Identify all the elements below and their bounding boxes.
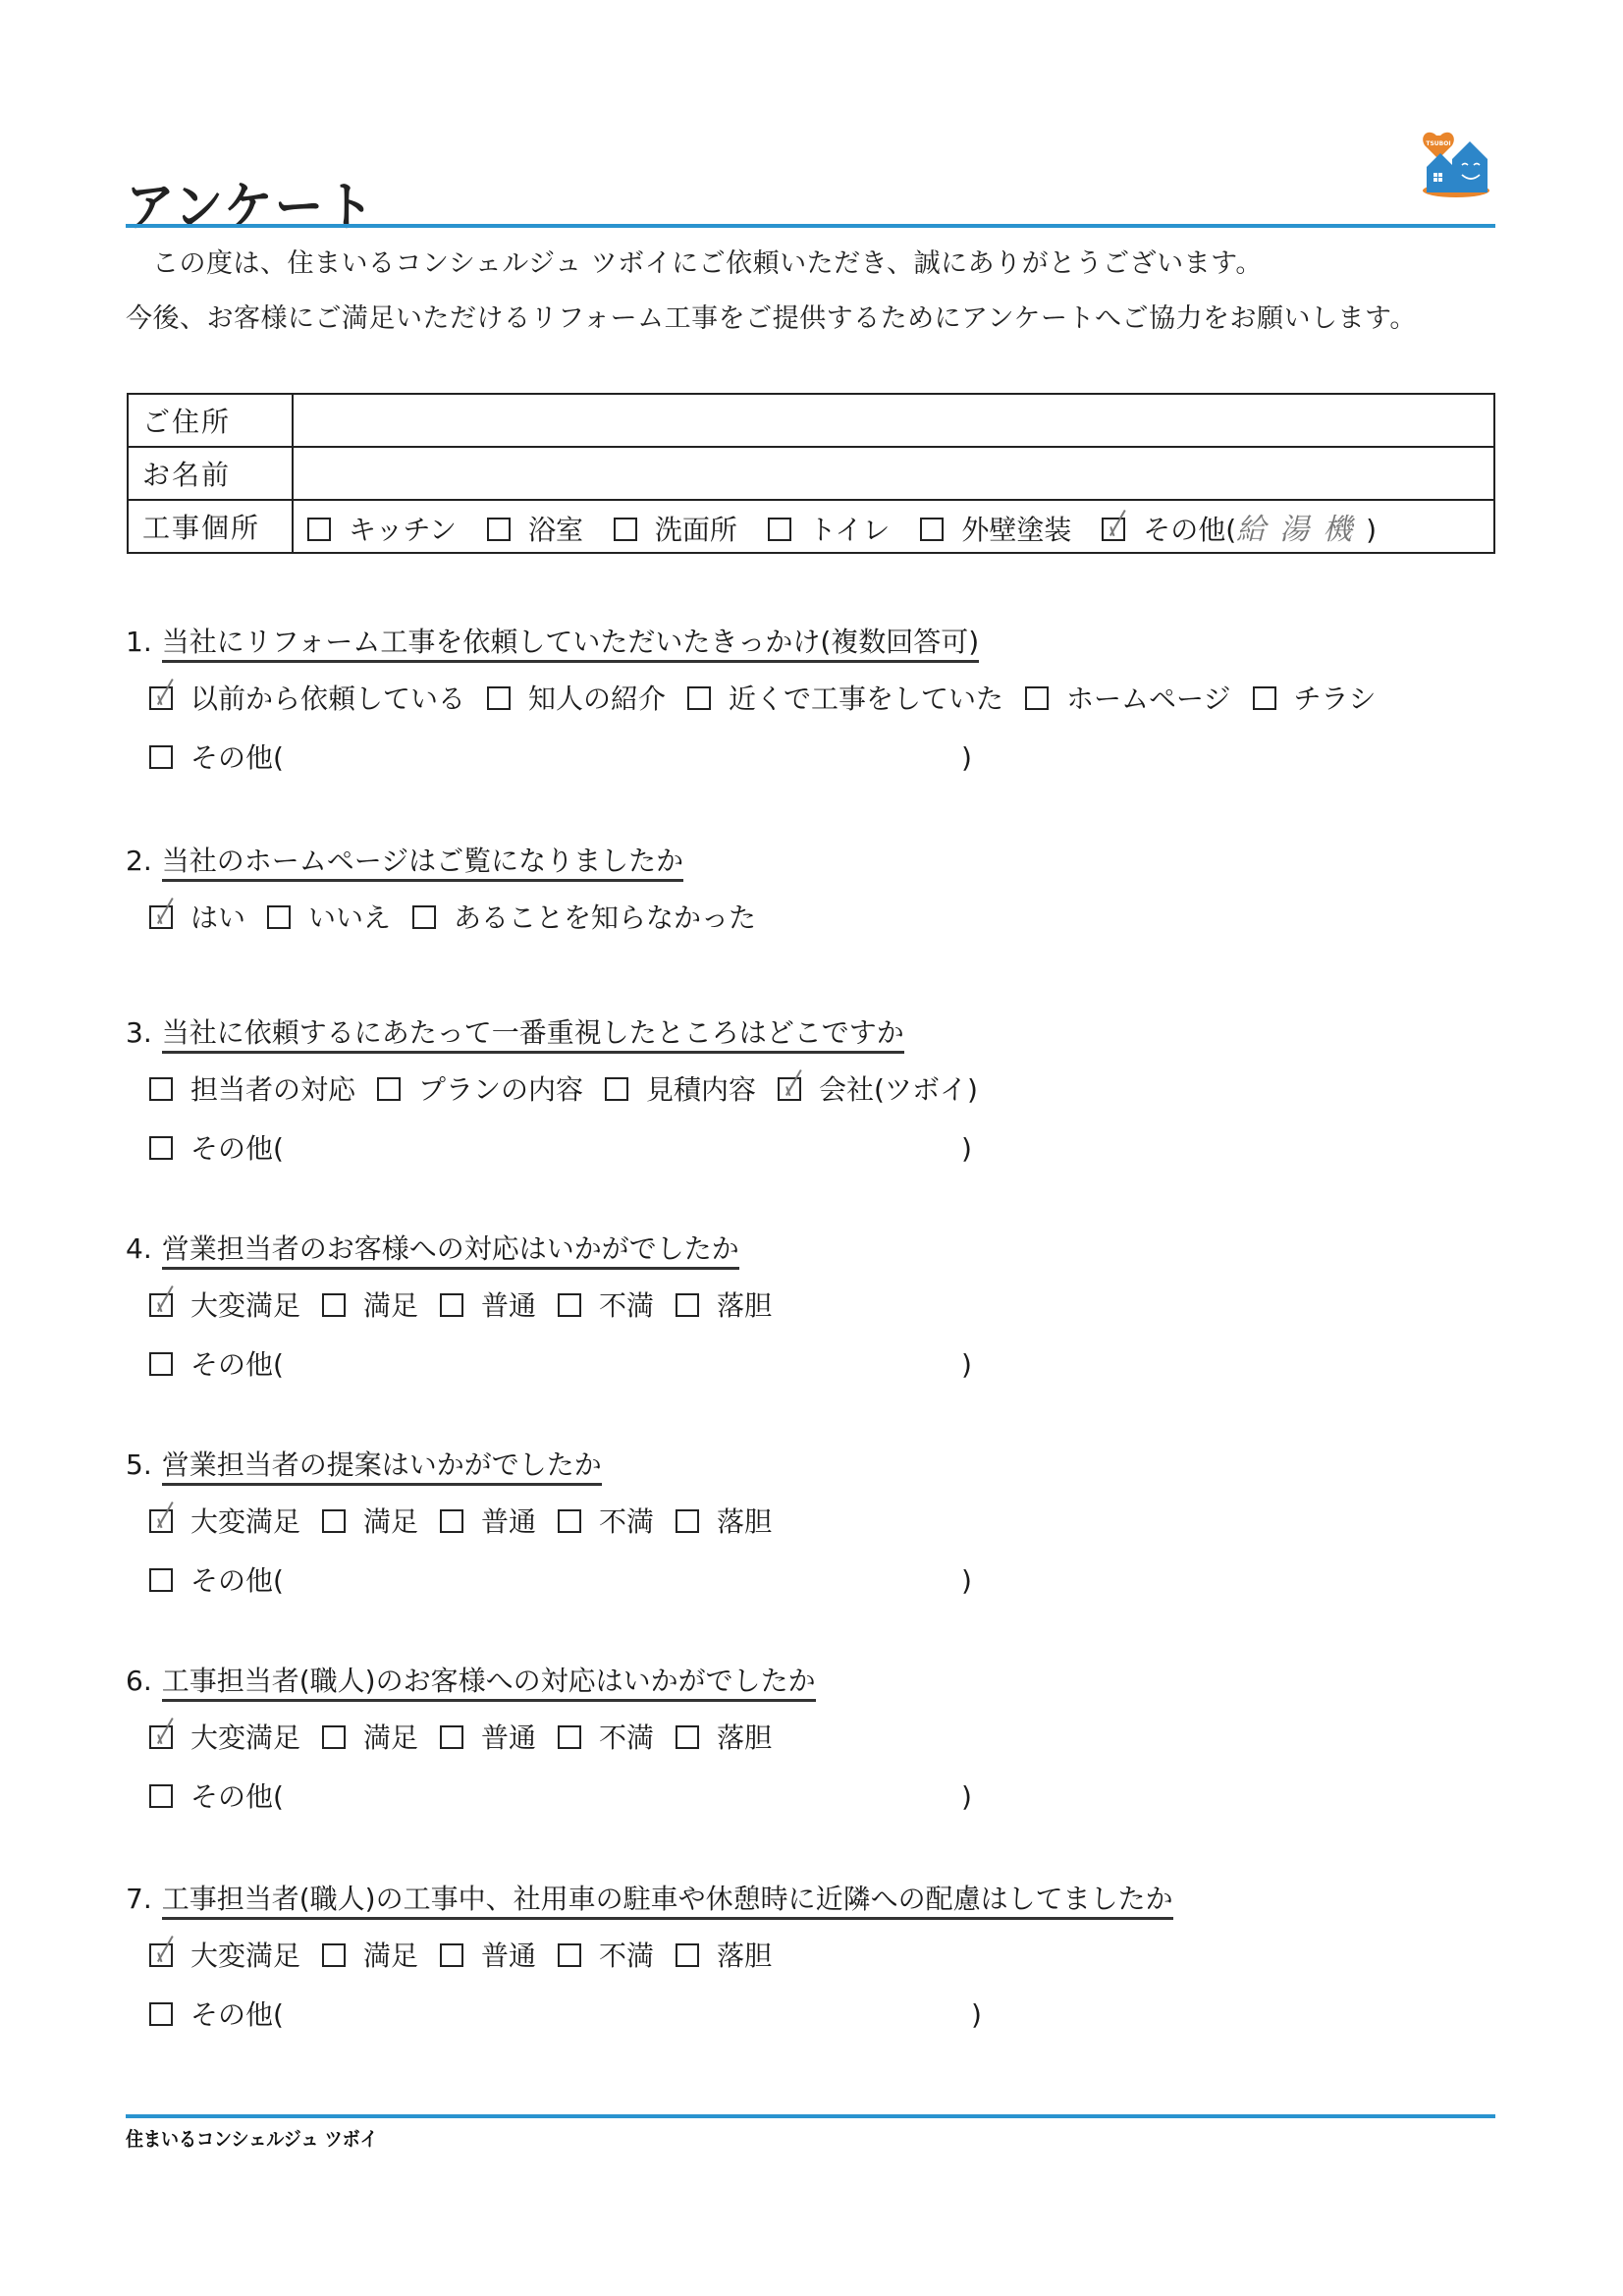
option-label: 不満 [599, 1505, 654, 1538]
checkbox[interactable] [267, 905, 291, 929]
other-option-row: その他() [149, 1994, 1173, 2033]
question-5: 5.営業担当者の提案はいかがでしたか大変満足満足普通不満落胆その他() [126, 1444, 972, 1599]
answer-option[interactable]: 落胆 [676, 1935, 772, 1974]
option-label: 不満 [599, 1940, 654, 1972]
footer-company-name: 住まいるコンシェルジュ ツボイ [126, 2123, 378, 2152]
checkbox[interactable] [687, 686, 711, 710]
other-option-row: その他() [149, 1343, 972, 1383]
answer-option[interactable]: プランの内容 [377, 1068, 583, 1108]
checkbox[interactable] [558, 1509, 581, 1533]
question-text: 工事担当者(職人)のお客様への対応はいかがでしたか [162, 1665, 816, 1702]
option-label: 担当者の対応 [190, 1073, 355, 1106]
other-option-row: その他() [149, 1559, 972, 1599]
answer-option[interactable]: 落胆 [676, 1717, 772, 1756]
option-label: 落胆 [717, 1505, 772, 1538]
logo-house-icon: TSUBOI [1419, 130, 1493, 200]
answer-options: 大変満足満足普通不満落胆 [149, 1935, 1173, 1974]
checkbox[interactable] [676, 1943, 699, 1967]
checkbox[interactable] [307, 518, 331, 541]
intro-line-1: この度は、住まいるコンシェルジュ ツボイにご依頼いただき、誠にありがとうございま… [152, 242, 1263, 280]
address-row: ご住所 [128, 394, 1494, 447]
other-handwritten-value[interactable]: 給湯機 [1236, 513, 1366, 547]
checkbox[interactable] [676, 1725, 699, 1749]
other-option-row: その他() [149, 737, 1398, 776]
other-label: その他( [190, 1780, 284, 1813]
location-option[interactable]: 洗面所 [614, 509, 737, 548]
question-text: 営業担当者のお客様への対応はいかがでしたか [162, 1232, 739, 1270]
answer-options: 大変満足満足普通不満落胆 [149, 1285, 972, 1324]
answer-option[interactable]: 大変満足 [149, 1501, 300, 1540]
answer-option[interactable]: チラシ [1253, 678, 1377, 717]
location-row: 工事個所 キッチン 浴室 洗面所 トイレ 外壁塗装 その他(給湯機) [128, 500, 1494, 553]
option-label: 落胆 [717, 1722, 772, 1754]
option-label: 大変満足 [190, 1940, 300, 1972]
other-close-paren: ) [961, 1564, 972, 1597]
location-label: 工事個所 [128, 500, 293, 553]
question-text: 当社にリフォーム工事を依頼していただいたきっかけ(複数回答可) [162, 626, 979, 663]
checkbox[interactable] [440, 1509, 463, 1533]
location-option-other[interactable]: その他(給湯機) [1102, 505, 1377, 548]
question-text: 工事担当者(職人)の工事中、社用車の駐車や休憩時に近隣への配慮はしてましたか [162, 1883, 1173, 1920]
option-label: 普通 [481, 1289, 536, 1322]
question-4: 4.営業担当者のお客様への対応はいかがでしたか大変満足満足普通不満落胆その他() [126, 1228, 972, 1383]
answer-option[interactable]: 普通 [440, 1285, 536, 1324]
other-label: その他( [190, 1132, 284, 1165]
answer-option[interactable]: 満足 [322, 1717, 418, 1756]
checkbox[interactable] [322, 1293, 346, 1317]
checkbox-checked[interactable] [149, 1293, 173, 1317]
option-label: 普通 [481, 1722, 536, 1754]
option-label: 満足 [363, 1722, 418, 1754]
address-label: ご住所 [128, 394, 293, 447]
other-label: その他( [190, 1348, 284, 1381]
other-close-paren: ) [971, 1998, 982, 2031]
location-options: キッチン 浴室 洗面所 トイレ 外壁塗装 その他(給湯機) [293, 500, 1494, 553]
svg-text:TSUBOI: TSUBOI [1426, 140, 1450, 147]
other-option-row: その他() [149, 1127, 1000, 1167]
question-3: 3.当社に依頼するにあたって一番重視したところはどこですか担当者の対応プランの内… [126, 1011, 1000, 1167]
name-label: お名前 [128, 447, 293, 500]
question-2: 2.当社のホームページはご覧になりましたかはいいいえあることを知らなかった [126, 840, 778, 936]
checkbox-checked[interactable] [778, 1077, 801, 1101]
other-label: その他( [190, 1564, 284, 1597]
answer-option[interactable]: 満足 [322, 1935, 418, 1974]
other-close-paren: ) [961, 1132, 972, 1165]
answer-options: 大変満足満足普通不満落胆 [149, 1501, 972, 1540]
question-number: 4. [126, 1232, 152, 1265]
question-number: 7. [126, 1883, 152, 1915]
checkbox[interactable] [440, 1293, 463, 1317]
other-close-paren: ) [961, 1780, 972, 1813]
answer-option[interactable]: 落胆 [676, 1501, 772, 1540]
option-label: 大変満足 [190, 1289, 300, 1322]
checkbox[interactable] [558, 1725, 581, 1749]
checkbox[interactable] [149, 1352, 173, 1376]
option-label: 大変満足 [190, 1722, 300, 1754]
name-row: お名前 [128, 447, 1494, 500]
question-6: 6.工事担当者(職人)のお客様への対応はいかがでしたか大変満足満足普通不満落胆そ… [126, 1660, 972, 1815]
option-label: 普通 [481, 1940, 536, 1972]
other-option-row: その他() [149, 1776, 972, 1815]
checkbox[interactable] [1025, 686, 1049, 710]
other-close-paren: ) [961, 1348, 972, 1381]
checkbox[interactable] [149, 1077, 173, 1101]
address-field[interactable] [293, 394, 1494, 447]
checkbox[interactable] [558, 1943, 581, 1967]
checkbox[interactable] [676, 1509, 699, 1533]
answer-option[interactable]: 普通 [440, 1501, 536, 1540]
answer-option[interactable]: はい [149, 897, 245, 936]
question-number: 1. [126, 626, 152, 658]
answer-option[interactable]: 不満 [558, 1501, 654, 1540]
question-1: 1.当社にリフォーム工事を依頼していただいたきっかけ(複数回答可)以前から依頼し… [126, 621, 1398, 776]
checkbox[interactable] [768, 518, 791, 541]
checkbox[interactable] [440, 1943, 463, 1967]
option-label: いいえ [308, 902, 391, 934]
checkbox[interactable] [149, 1568, 173, 1592]
option-label: 不満 [599, 1722, 654, 1754]
answer-option[interactable]: 以前から依頼している [149, 678, 465, 717]
name-field[interactable] [293, 447, 1494, 500]
question-7: 7.工事担当者(職人)の工事中、社用車の駐車や休憩時に近隣への配慮はしてましたか… [126, 1878, 1173, 2033]
answer-option[interactable]: 不満 [558, 1935, 654, 1974]
option-label: 満足 [363, 1940, 418, 1972]
option-label: はい [190, 902, 245, 934]
location-option[interactable]: 外壁塗装 [920, 509, 1071, 548]
checkbox[interactable] [1253, 686, 1276, 710]
checkbox[interactable] [149, 2002, 173, 2026]
option-label: 満足 [363, 1289, 418, 1322]
option-label: 落胆 [717, 1940, 772, 1972]
answer-option[interactable]: 見積内容 [605, 1068, 756, 1108]
answer-option[interactable]: 満足 [322, 1501, 418, 1540]
question-title: 1.当社にリフォーム工事を依頼していただいたきっかけ(複数回答可) [126, 621, 1398, 660]
option-label: ホームページ [1066, 683, 1230, 715]
question-number: 2. [126, 845, 152, 877]
location-option[interactable]: 浴室 [487, 509, 583, 548]
customer-info-table: ご住所 お名前 工事個所 キッチン 浴室 洗面所 トイレ 外壁塗装 その他(給湯… [127, 393, 1495, 554]
checkbox[interactable] [487, 686, 511, 710]
checkbox-checked[interactable] [149, 905, 173, 929]
intro-line-2: 今後、お客様にご満足いただけるリフォーム工事をご提供するためにアンケートへご協力… [126, 297, 1417, 335]
question-title: 6.工事担当者(職人)のお客様への対応はいかがでしたか [126, 1660, 972, 1699]
option-label: 普通 [481, 1505, 536, 1538]
question-title: 3.当社に依頼するにあたって一番重視したところはどこですか [126, 1011, 1000, 1051]
question-text: 営業担当者の提案はいかがでしたか [162, 1449, 602, 1486]
answer-option[interactable]: 担当者の対応 [149, 1068, 355, 1108]
answer-option[interactable]: 近くで工事をしていた [687, 678, 1003, 717]
answer-option[interactable]: 落胆 [676, 1285, 772, 1324]
answer-option[interactable]: 大変満足 [149, 1935, 300, 1974]
answer-options: 大変満足満足普通不満落胆 [149, 1717, 972, 1756]
location-option[interactable]: キッチン [307, 509, 457, 548]
answer-option[interactable]: いいえ [267, 897, 391, 936]
answer-options: 以前から依頼している知人の紹介近くで工事をしていたホームページチラシ [149, 678, 1398, 717]
checkbox[interactable] [149, 745, 173, 769]
company-logo: TSUBOI [1419, 130, 1493, 200]
option-label: 会社(ツボイ) [819, 1073, 978, 1106]
question-title: 5.営業担当者の提案はいかがでしたか [126, 1444, 972, 1483]
checkbox-checked[interactable] [149, 1725, 173, 1749]
option-label: チラシ [1294, 683, 1377, 715]
question-number: 3. [126, 1016, 152, 1049]
checkbox[interactable] [440, 1725, 463, 1749]
answer-options: はいいいえあることを知らなかった [149, 897, 778, 936]
checkbox[interactable] [605, 1077, 628, 1101]
checkbox[interactable] [149, 1136, 173, 1160]
option-label: 見積内容 [646, 1073, 756, 1106]
checkbox-checked[interactable] [149, 1509, 173, 1533]
question-text: 当社に依頼するにあたって一番重視したところはどこですか [162, 1016, 904, 1054]
checkbox[interactable] [322, 1725, 346, 1749]
option-label: 知人の紹介 [528, 683, 666, 715]
answer-options: 担当者の対応プランの内容見積内容会社(ツボイ) [149, 1068, 1000, 1108]
option-label: 近くで工事をしていた [729, 683, 1003, 715]
option-label: あることを知らなかった [454, 902, 756, 934]
checkbox[interactable] [377, 1077, 401, 1101]
checkbox[interactable] [487, 518, 511, 541]
question-title: 4.営業担当者のお客様への対応はいかがでしたか [126, 1228, 972, 1267]
page-title: アンケート [126, 165, 376, 241]
title-divider [126, 224, 1495, 228]
checkbox[interactable] [614, 518, 637, 541]
other-label: その他( [190, 1998, 284, 2031]
checkbox-checked[interactable] [149, 1943, 173, 1967]
option-label: 満足 [363, 1505, 418, 1538]
answer-option[interactable]: 大変満足 [149, 1285, 300, 1324]
answer-option[interactable]: 会社(ツボイ) [778, 1068, 978, 1108]
location-option[interactable]: トイレ [768, 509, 891, 548]
checkbox-checked[interactable] [1102, 518, 1125, 541]
checkbox[interactable] [322, 1509, 346, 1533]
checkbox-checked[interactable] [149, 686, 173, 710]
question-number: 6. [126, 1665, 152, 1697]
footer-divider [126, 2114, 1495, 2118]
checkbox[interactable] [920, 518, 944, 541]
option-label: 不満 [599, 1289, 654, 1322]
question-number: 5. [126, 1449, 152, 1481]
option-label: 大変満足 [190, 1505, 300, 1538]
answer-option[interactable]: 普通 [440, 1935, 536, 1974]
answer-option[interactable]: 知人の紹介 [487, 678, 666, 717]
other-close-paren: ) [961, 741, 972, 774]
option-label: プランの内容 [418, 1073, 583, 1106]
checkbox[interactable] [149, 1784, 173, 1808]
answer-option[interactable]: ホームページ [1025, 678, 1230, 717]
answer-option[interactable]: あることを知らなかった [412, 897, 756, 936]
answer-option[interactable]: 不満 [558, 1285, 654, 1324]
answer-option[interactable]: 満足 [322, 1285, 418, 1324]
checkbox[interactable] [676, 1293, 699, 1317]
option-label: 落胆 [717, 1289, 772, 1322]
answer-option[interactable]: 普通 [440, 1717, 536, 1756]
question-text: 当社のホームページはご覧になりましたか [162, 845, 683, 882]
answer-option[interactable]: 不満 [558, 1717, 654, 1756]
answer-option[interactable]: 大変満足 [149, 1717, 300, 1756]
other-label: その他( [190, 741, 284, 774]
question-title: 2.当社のホームページはご覧になりましたか [126, 840, 778, 879]
checkbox[interactable] [558, 1293, 581, 1317]
checkbox[interactable] [412, 905, 436, 929]
question-title: 7.工事担当者(職人)の工事中、社用車の駐車や休憩時に近隣への配慮はしてましたか [126, 1878, 1173, 1917]
checkbox[interactable] [322, 1943, 346, 1967]
option-label: 以前から依頼している [190, 683, 465, 715]
